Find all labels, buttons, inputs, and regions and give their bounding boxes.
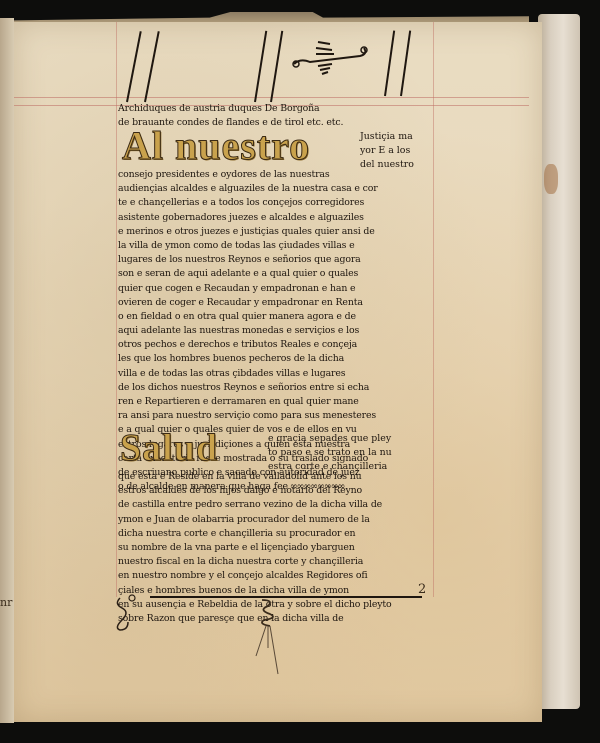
text-line: audiençias alcaldes e alguaziles de la n…	[118, 182, 430, 196]
text-line: villa e de todas las otras çibdades vill…	[118, 367, 430, 381]
text-line: te e chançellerias e a todos los conçejo…	[118, 196, 430, 210]
previous-page-edge: nr	[0, 18, 14, 723]
rubric-signature	[248, 596, 288, 676]
heading-line-1: Archiduques de austria duques De Borgoña	[118, 102, 430, 116]
text-line: ovieren de coger e Recaudar y empadronar…	[118, 296, 430, 310]
text-line: dicha nuestra corte e chançilleria su pr…	[118, 527, 430, 541]
flourish-ornament	[290, 36, 370, 76]
text-line: nuestro fiscal en la dicha nuestra corte…	[118, 555, 430, 569]
left-margin-fragment: nr	[0, 596, 12, 609]
gilded-initial-al-nuestro: Al nuestro	[122, 124, 310, 168]
text-line: lugares de los nuestros Reynos e señorio…	[118, 253, 430, 267]
beside-initial-line: to paso e se trato en la nu	[268, 446, 392, 460]
text-line: estros alcaldes de los hijos dalgo e not…	[118, 484, 430, 498]
manuscript-photo: nr Archiduques de austria duques De Borg…	[0, 0, 600, 743]
margin-rule-left	[116, 22, 117, 597]
catchword: 2	[418, 582, 426, 597]
text-line: aqui adelante las nuestras monedas e ser…	[118, 324, 430, 338]
text-line: o en fieldad o en otra qual quier manera…	[118, 310, 430, 324]
text-line: son e seran de aqui adelante e a qual qu…	[118, 267, 430, 281]
text-line: de castilla entre pedro serrano vezino d…	[118, 498, 430, 512]
beside-initial-line: yor E a los	[360, 144, 410, 158]
text-line: ymon e Juan de olabarria procurador del …	[118, 513, 430, 527]
text-line: e merinos e otros juezes e justiçias qua…	[118, 225, 430, 239]
text-line: les que los hombres buenos pecheros de l…	[118, 352, 430, 366]
text-line: quier que cogen e Recaudan y empadronan …	[118, 282, 430, 296]
beside-initial-line: Justiçia ma	[360, 130, 413, 144]
folded-page-edge	[538, 14, 580, 709]
beside-initial-line: e graçia sepades que pley	[268, 432, 391, 446]
text-line: ra ansi para nuestro serviçio como para …	[118, 409, 430, 423]
text-line: de los dichos nuestros Reynos e señorios…	[118, 381, 430, 395]
text-line: otros pechos e derechos e tributos Reale…	[118, 338, 430, 352]
text-line: consejo presidentes e oydores de las nue…	[118, 168, 430, 182]
folio-mark	[112, 594, 146, 634]
text-line: ren e Repartieren e derramaren en qual q…	[118, 395, 430, 409]
text-line: asistente gobernadores juezes e alcaldes…	[118, 211, 430, 225]
gilded-initial-salud: Salud	[120, 428, 218, 468]
text-line: su nombre de la vna parte e el liçençiad…	[118, 541, 430, 555]
text-line: en nuestro nombre y el conçejo alcaldes …	[118, 569, 430, 583]
text-line: la villa de ymon como de todas las çiuda…	[118, 239, 430, 253]
text-line: que esta e Reside en la villa de vallado…	[118, 470, 430, 484]
margin-rule-right	[433, 22, 434, 597]
